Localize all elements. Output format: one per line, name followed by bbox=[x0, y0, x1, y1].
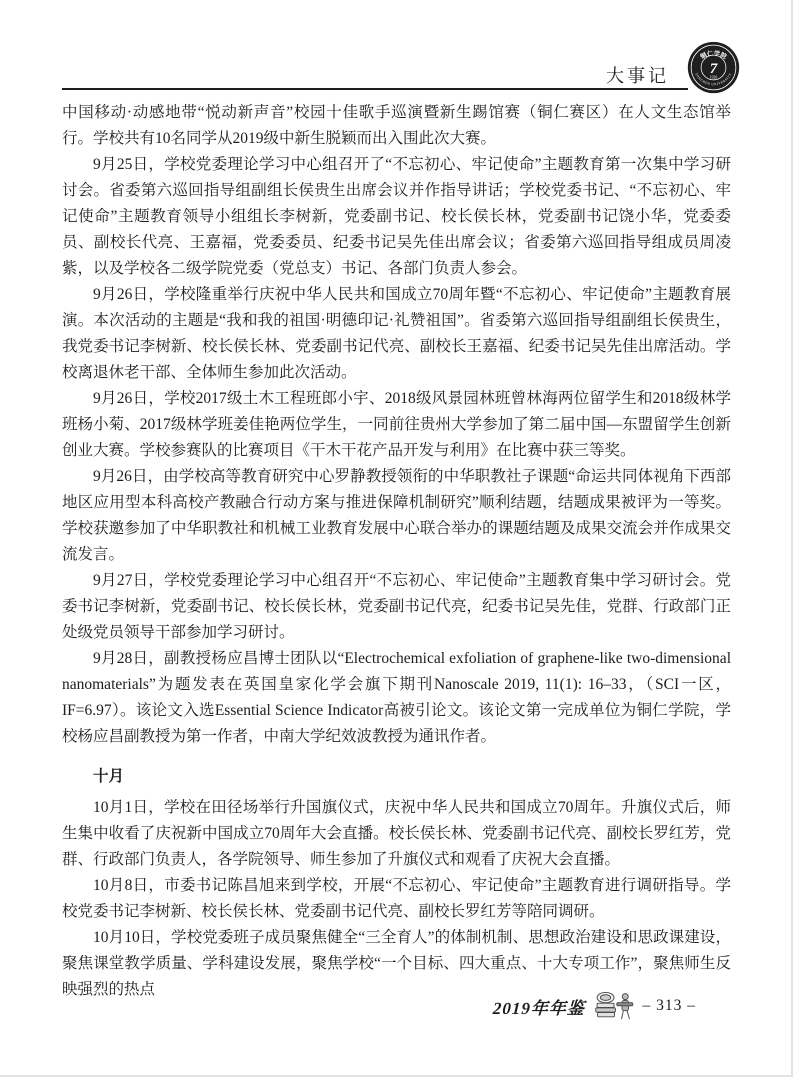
header-rule bbox=[62, 88, 688, 90]
paragraph-oct-8: 10月8日，市委书记陈昌旭来到学校，开展“不忘初心、牢记使命”主题教育进行调研指… bbox=[62, 873, 731, 925]
month-heading-october: 十月 bbox=[62, 764, 731, 790]
paragraph-sep-26-showcase: 9月26日，学校隆重举行庆祝中华人民共和国成立70周年暨“不忘初心、牢记使命”主… bbox=[62, 282, 731, 386]
reader-with-books-icon bbox=[592, 991, 636, 1021]
running-head: 大事记 bbox=[606, 62, 669, 88]
document-body: 中国移动·动感地带“悦动新声音”校园十佳歌手巡演暨新生踢馆赛（铜仁赛区）在人文生… bbox=[62, 100, 731, 1003]
university-seal-svg: 铜仁学院 TONGREN UNIVERSITY 7 1920 bbox=[687, 41, 740, 94]
paragraph-sep-25: 9月25日，学校党委理论学习中心组召开了“不忘初心、牢记使命”主题教育第一次集中… bbox=[62, 152, 731, 282]
university-seal-icon: 铜仁学院 TONGREN UNIVERSITY 7 1920 bbox=[687, 41, 740, 94]
yearbook-page: 大事记 铜仁学院 TONGREN UNIVERSITY 7 1920 中国移动·… bbox=[0, 0, 793, 1077]
paragraph-continuation: 中国移动·动感地带“悦动新声音”校园十佳歌手巡演暨新生踢馆赛（铜仁赛区）在人文生… bbox=[62, 100, 731, 152]
paragraph-sep-26-research: 9月26日，由学校高等教育研究中心罗静教授领衔的中华职教社子课题“命运共同体视角… bbox=[62, 464, 731, 568]
paragraph-sep-27: 9月27日，学校党委理论学习中心组召开“不忘初心、牢记使命”主题教育集中学习研讨… bbox=[62, 568, 731, 646]
paragraph-sep-26-competition: 9月26日，学校2017级土木工程班郎小宇、2018级风景园林班曾林海两位留学生… bbox=[62, 386, 731, 464]
seal-founding-year: 1920 bbox=[710, 76, 718, 80]
seal-numeral: 7 bbox=[710, 61, 718, 77]
page-footer: 2019年年鉴 – 313 – bbox=[0, 990, 791, 1022]
page-number: – 313 – bbox=[643, 997, 697, 1015]
paragraph-sep-28: 9月28日，副教授杨应昌博士团队以“Electrochemical exfoli… bbox=[62, 646, 731, 750]
paragraph-oct-1: 10月1日，学校在田径场举行升国旗仪式，庆祝中华人民共和国成立70周年。升旗仪式… bbox=[62, 795, 731, 873]
yearbook-title: 2019年年鉴 bbox=[492, 994, 585, 1019]
